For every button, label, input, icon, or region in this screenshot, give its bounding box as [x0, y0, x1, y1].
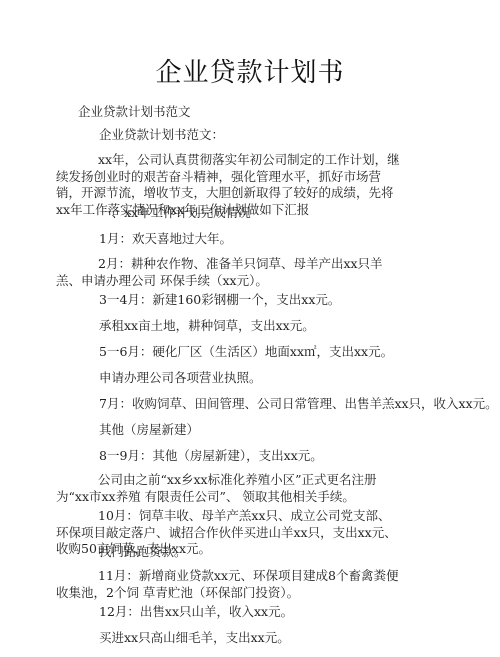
lease-land: 承租xx亩土地，耕种饲草，支出xx元。 [99, 317, 315, 335]
document-title: 企业贷款计划书 [0, 52, 500, 89]
license: 申请办理公司各项营业执照。 [99, 369, 262, 387]
month-5-6: 5一6月：硬化厂区（生活区）地面xx㎡，支出xx元。 [99, 343, 393, 361]
month-3-4: 3一4月：新建160彩钢棚一个，支出xx元。 [99, 291, 340, 309]
month-2: 2月：耕种农作物、准备羊只饲草、母羊产出xx只羊羔、申请办理公司 环保手续（xx… [56, 256, 406, 289]
month-7: 7月：收购饲草、田间管理、公司日常管理、出售羊羔xx只，收入xx元。 [99, 395, 498, 413]
other-building: 其他（房屋新建） [99, 421, 199, 439]
month-11: 11月：新增商业贷款xx元、环保项目建成8个畜禽粪便收集池，2个饲 草青贮池（环… [56, 568, 406, 601]
month-1: 1月：欢天喜地过大年。 [99, 230, 232, 248]
company-rename: 公司由之前“xx乡xx标准化养殖小区”正式更名注册为“xx市xx养殖 有限责任公… [56, 472, 406, 505]
buy-sheep: 买进xx只高山细毛羊，支出xx元。 [99, 629, 290, 647]
month-12: 12月：出售xx只山羊，收入xx元。 [99, 603, 293, 621]
seek-loan: 找门路跑贷款。 [99, 543, 187, 561]
section-heading: 一、xx年工作计划完成情况 [99, 204, 251, 222]
document-subtitle-colon: 企业贷款计划书范文： [99, 126, 224, 144]
document-subtitle: 企业贷款计划书范文 [78, 103, 191, 121]
month-8-9: 8一9月：其他（房屋新建），支出xx元。 [99, 447, 323, 465]
